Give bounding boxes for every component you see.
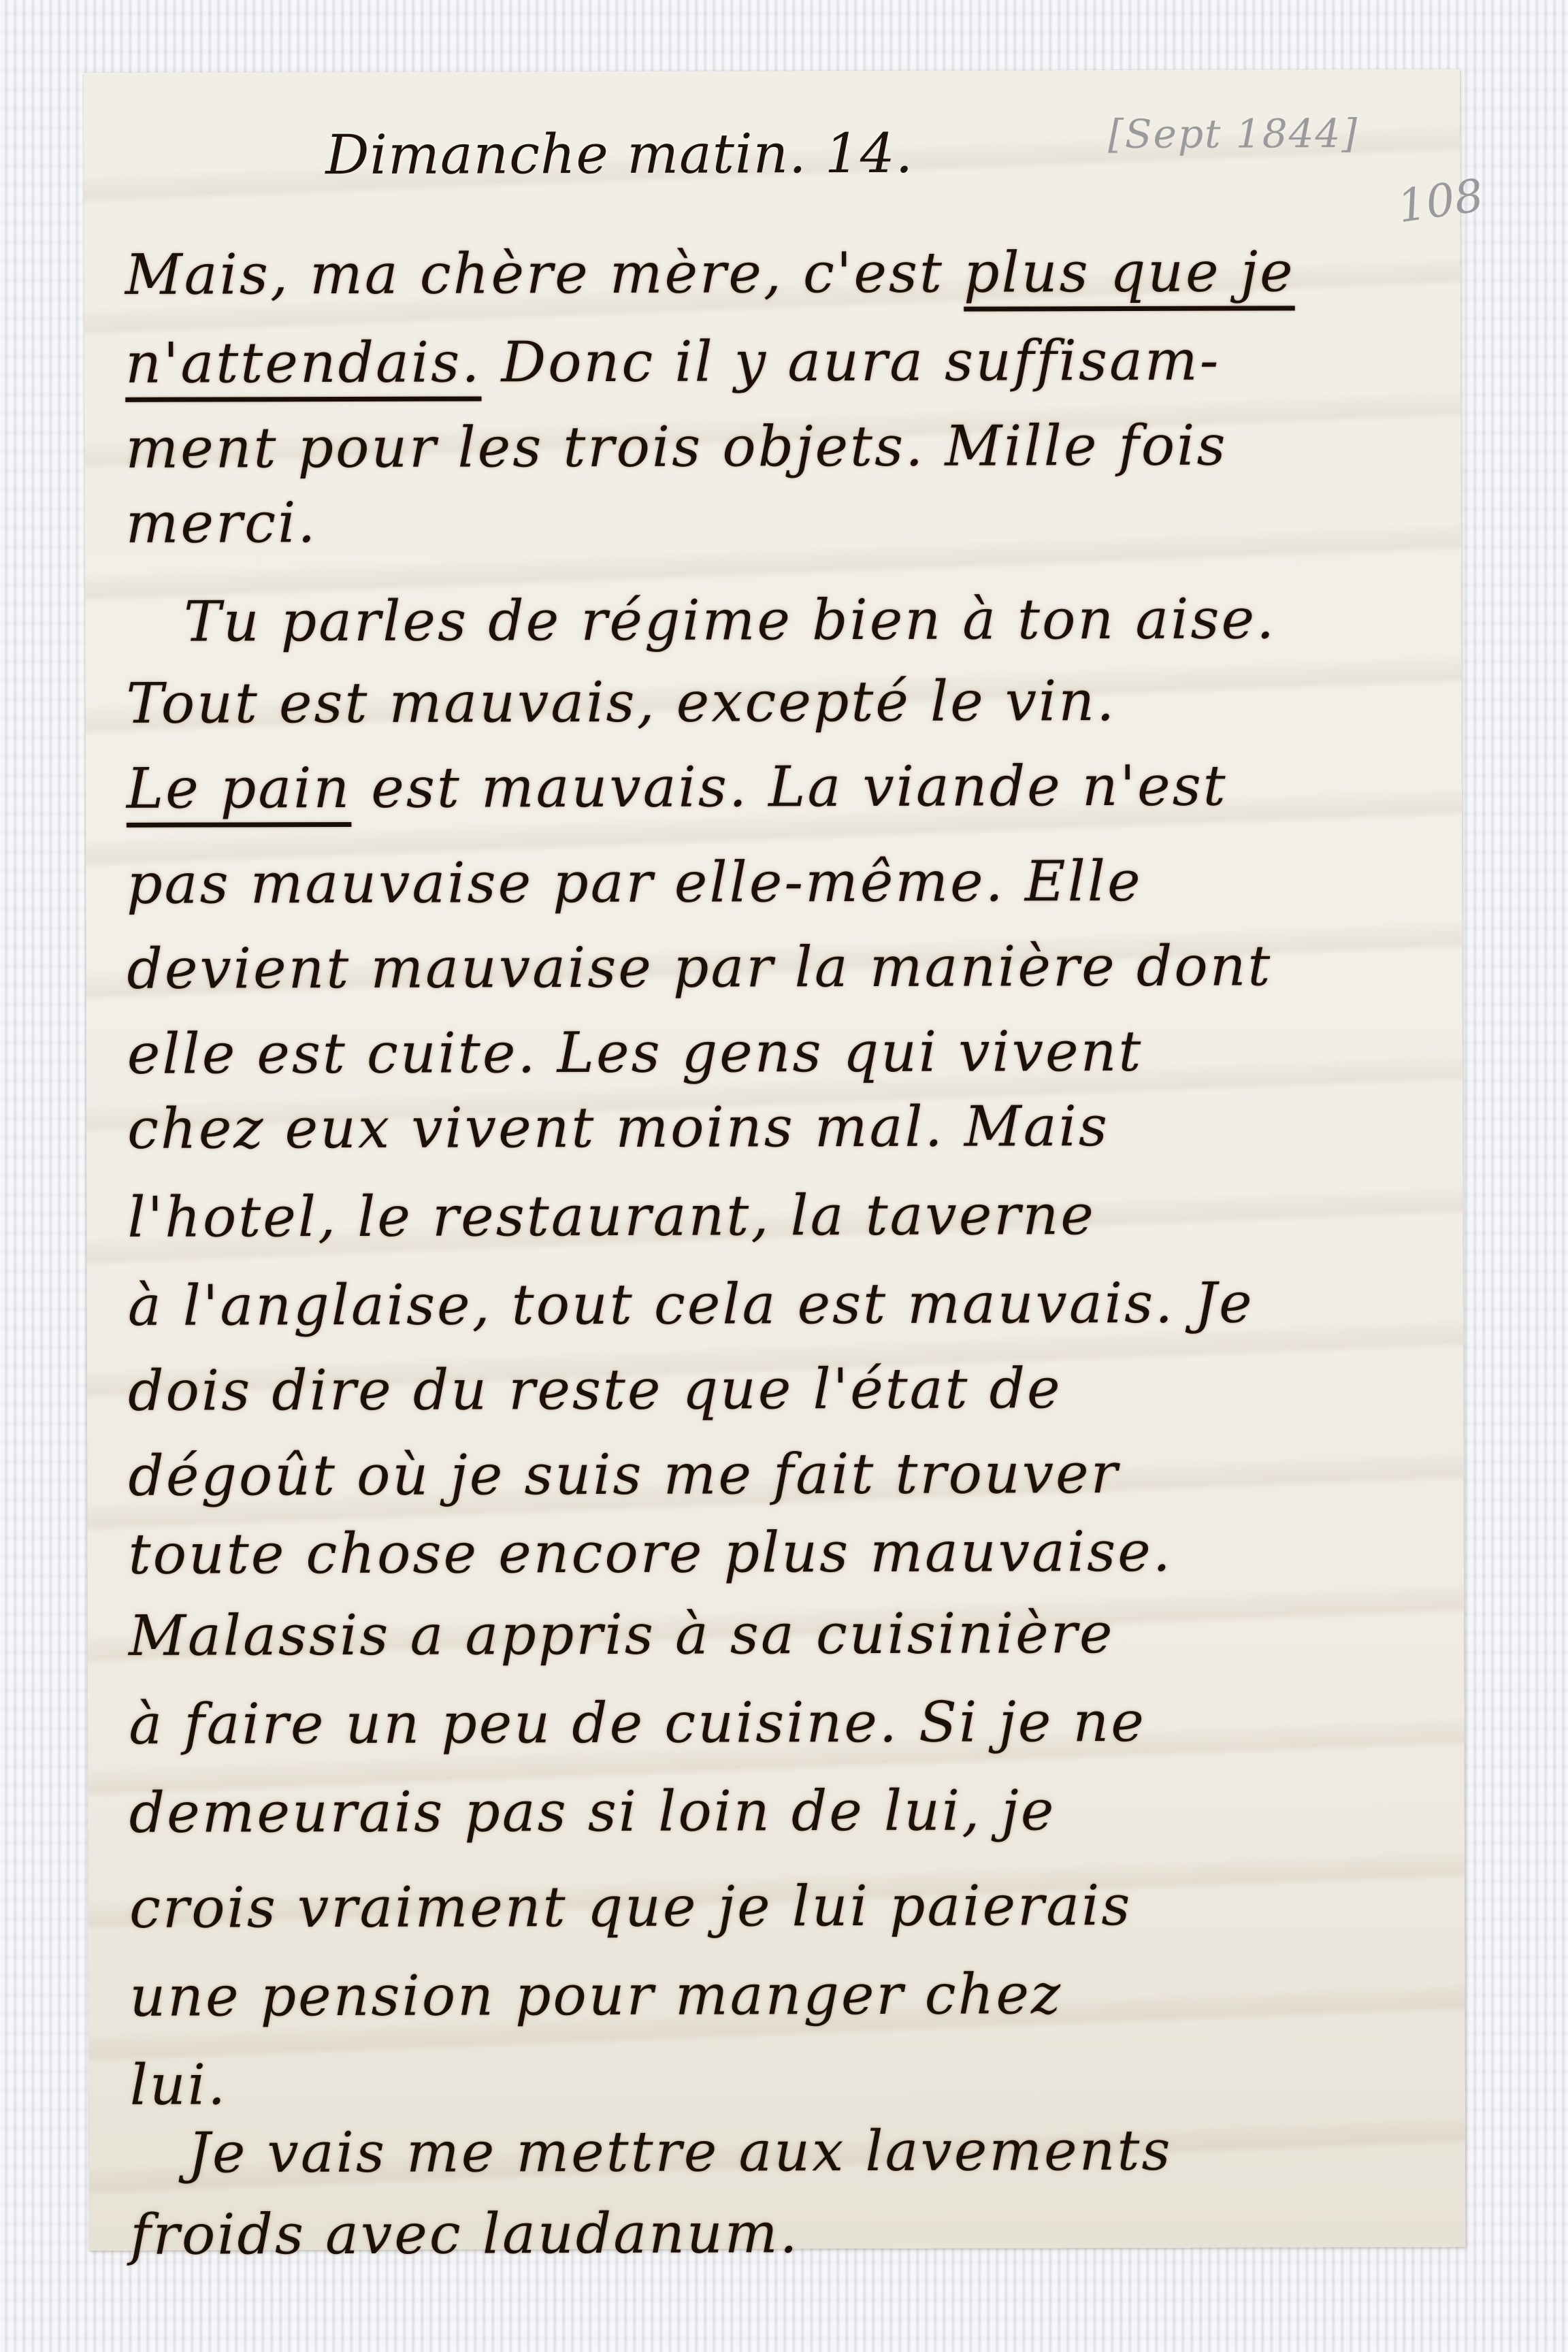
letter-line: Tout est mauvais, excepté le vin. bbox=[126, 669, 1116, 736]
letter-dateline: Dimanche matin. 14. bbox=[325, 122, 913, 186]
letter-line: n'attendais. Donc il y aura suffisam- bbox=[125, 329, 1220, 396]
letter-line: froids avec laudanum. bbox=[130, 2201, 800, 2268]
line-text: est mauvais. La viande n'est bbox=[351, 754, 1228, 821]
letter-line: à faire un peu de cuisine. Si je ne bbox=[129, 1690, 1146, 1757]
letter-line: Tu parles de régime bien à ton aise. bbox=[126, 587, 1276, 654]
letter-sheet: [Sept 1844] 108 Dimanche matin. 14. Mais… bbox=[84, 69, 1465, 2251]
letter-line: pas mauvaise par elle-même. Elle bbox=[127, 849, 1143, 917]
letter-line: Mais, ma chère mère, c'est plus que je bbox=[125, 240, 1295, 307]
underlined-phrase: Le pain bbox=[127, 756, 352, 821]
folio-number: 108 bbox=[1394, 169, 1487, 233]
underlined-phrase: plus que je bbox=[964, 240, 1295, 305]
letter-line: Le pain est mauvais. La viande n'est bbox=[127, 754, 1228, 821]
letter-line: Malassis a appris à sa cuisinière bbox=[129, 1601, 1115, 1669]
letter-line: lui. bbox=[130, 2053, 228, 2117]
letter-body: Mais, ma chère mère, c'est plus que je n… bbox=[125, 240, 1459, 243]
archive-date-annotation: [Sept 1844] bbox=[1108, 110, 1358, 157]
letter-line: demeurais pas si loin de lui, je bbox=[129, 1778, 1056, 1846]
letter-line: chez eux vivent moins mal. Mais bbox=[127, 1094, 1109, 1162]
letter-line: une pension pour manger chez bbox=[129, 1962, 1062, 2029]
letter-line: elle est cuite. Les gens qui vivent bbox=[127, 1019, 1143, 1087]
letter-line: merci. bbox=[126, 491, 318, 556]
letter-line: devient mauvaise par la manière dont bbox=[127, 934, 1272, 1001]
letter-line: ment pour les trois objets. Mille fois bbox=[125, 414, 1227, 481]
line-text: Mais, ma chère mère, c'est bbox=[125, 241, 964, 308]
letter-line: dois dire du reste que l'état de bbox=[128, 1356, 1062, 1424]
letter-line: à l'anglaise, tout cela est mauvais. Je bbox=[128, 1271, 1254, 1339]
letter-line: crois vraiment que je lui paierais bbox=[129, 1874, 1132, 1941]
letter-line: toute chose encore plus mauvaise. bbox=[129, 1520, 1173, 1587]
letter-line: Je vais me mettre aux lavements bbox=[130, 2119, 1173, 2186]
underlined-phrase: n'attendais. bbox=[125, 330, 481, 395]
letter-line: dégoût où je suis me fait trouver bbox=[128, 1441, 1120, 1509]
letter-line: l'hotel, le restaurant, la taverne bbox=[127, 1183, 1096, 1250]
line-text: Donc il y aura suffisam- bbox=[481, 329, 1220, 395]
